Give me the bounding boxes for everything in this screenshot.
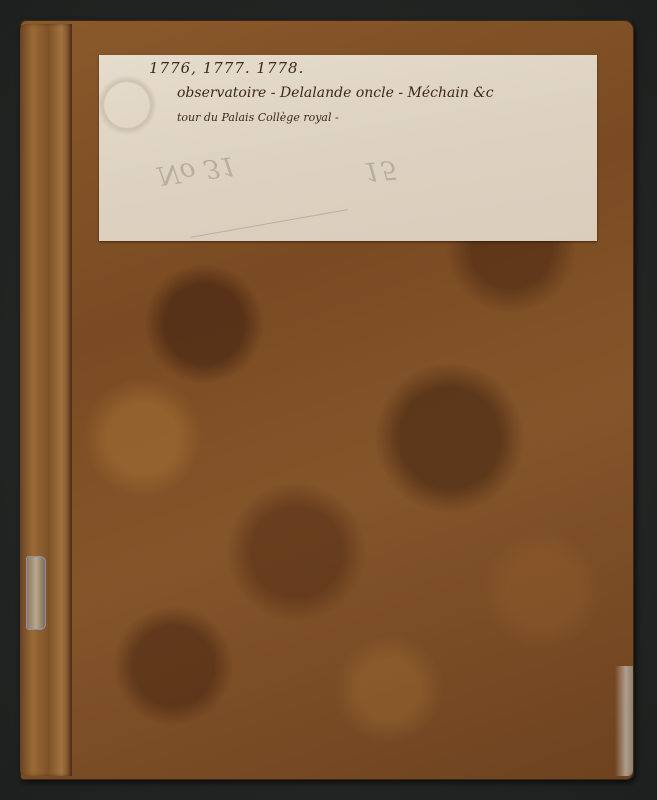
pencil-stroke — [190, 209, 348, 238]
book-spine — [20, 24, 72, 776]
label-location: tour du Palais Collège royal - — [177, 111, 339, 124]
pencil-mark-right: 15 — [363, 154, 399, 187]
page-edges — [615, 666, 633, 776]
label-years: 1776, 1777. 1778. — [149, 59, 304, 77]
spine-paper-tab — [26, 556, 46, 630]
pencil-mark-left: No 31 — [155, 150, 238, 191]
label-title: observatoire - Delalande oncle - Méchain… — [177, 85, 494, 101]
paper-label: 1776, 1777. 1778. observatoire - Delalan… — [99, 55, 597, 241]
